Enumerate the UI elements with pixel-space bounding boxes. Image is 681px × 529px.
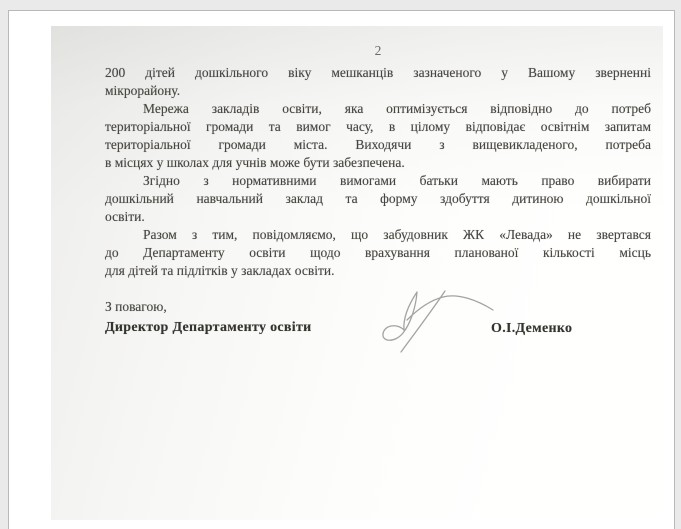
text-line: мікрорайону.	[105, 82, 651, 100]
text-line: в місцях у школах для учнів може бути за…	[105, 154, 651, 172]
text-line: освіти.	[105, 208, 651, 226]
handwritten-signature-icon	[357, 278, 495, 364]
text-line: 200 дітей дошкільного віку мешканців заз…	[105, 64, 651, 82]
page-number: 2	[105, 43, 651, 59]
text-line: територіальної громади міста. Виходячи з…	[105, 136, 651, 154]
text-line: територіальної громади та вимог часу, в …	[105, 118, 651, 136]
text-line: дошкільний навчальний заклад та форму зд…	[105, 190, 651, 208]
text-line: до Департаменту освіти щодо врахування п…	[105, 244, 651, 262]
document-viewport[interactable]: 2 200 дітей дошкільного віку мешканців з…	[8, 10, 675, 529]
text-line: Згідно з нормативними вимогами батьки ма…	[105, 172, 651, 190]
signer-title: Директор Департаменту освіти	[105, 320, 312, 335]
text-line: Мережа закладів освіти, яка оптимізуєтьс…	[105, 100, 651, 118]
signer-name: О.І.Деменко	[491, 319, 572, 338]
text-line: Разом з тим, повідомляємо, що забудовник…	[105, 226, 651, 244]
letter-body: 200 дітей дошкільного віку мешканців заз…	[105, 64, 651, 280]
scanned-letter-page: 2 200 дітей дошкільного віку мешканців з…	[51, 26, 663, 520]
